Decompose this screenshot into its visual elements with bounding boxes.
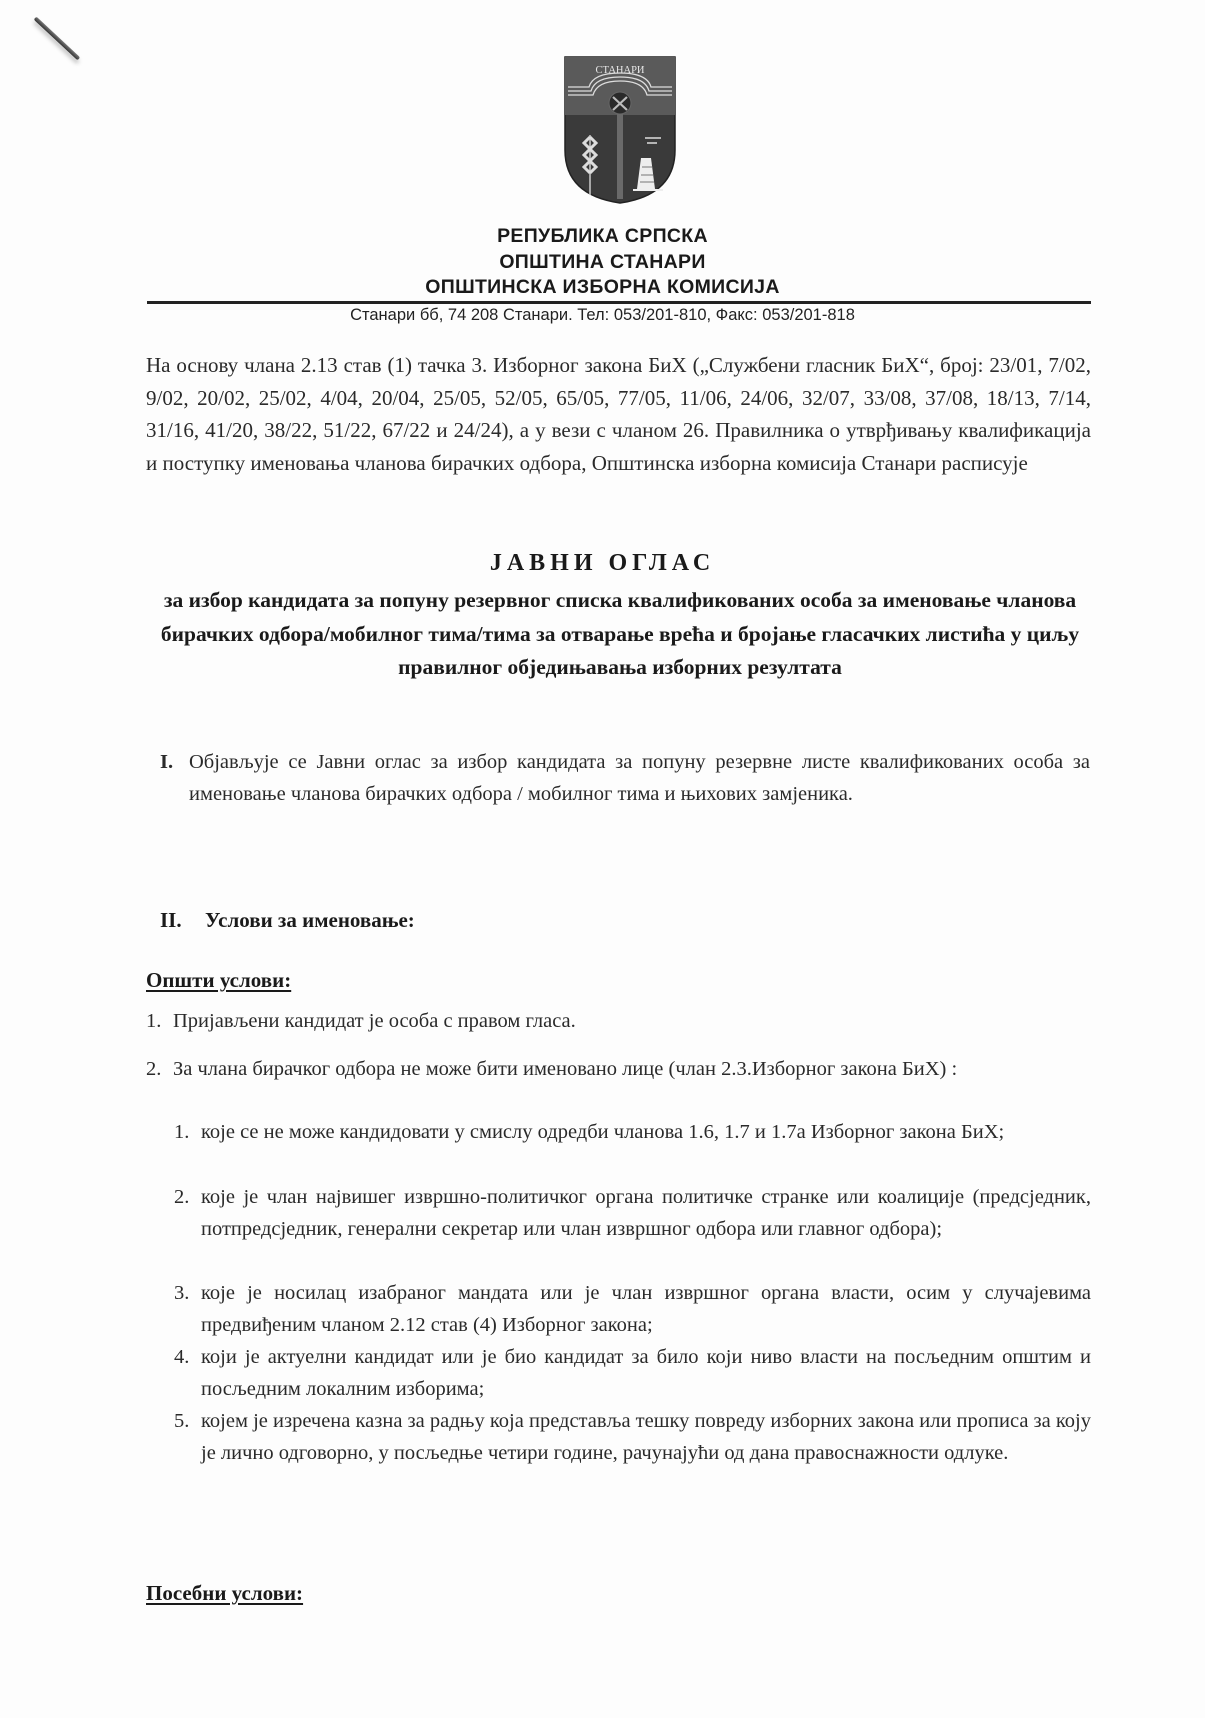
- sub-list-item: 5. којем је изречена казна за радњу која…: [174, 1405, 1091, 1469]
- list-item: 1. Пријављени кандидат је особа с правом…: [146, 1005, 1091, 1037]
- header-municipality: ОПШТИНА СТАНАРИ: [0, 251, 1205, 274]
- sub-list-item: 4. који је актуелни кандидат или је био …: [174, 1341, 1091, 1405]
- sub-list-item: 2. које је члан највишег извршно-политич…: [174, 1181, 1091, 1245]
- sub-list-item-number: 2.: [174, 1181, 189, 1213]
- municipality-crest-logo: СТАНАРИ: [563, 55, 677, 205]
- list-item-number: 1.: [146, 1005, 161, 1037]
- sub-list-item: 1. које се не може кандидовати у смислу …: [174, 1116, 1091, 1148]
- document-subtitle: за избор кандидата за попуну резервног с…: [150, 584, 1090, 685]
- header-republic: РЕПУБЛИКА СРПСКА: [0, 225, 1205, 248]
- section-2-heading: II.Услови за именовање:: [160, 908, 415, 933]
- general-conditions-heading: Општи услови:: [146, 968, 291, 993]
- sub-list-item-number: 4.: [174, 1341, 189, 1373]
- sub-list-item-text: које је члан највишег извршно-политичког…: [201, 1181, 1091, 1245]
- section-1-text: Објављује се Јавни оглас за избор кандид…: [189, 746, 1090, 810]
- section-1-number: I.: [160, 746, 173, 778]
- section-1: I. Објављује се Јавни оглас за избор кан…: [160, 746, 1090, 810]
- header-commission: ОПШТИНСКА ИЗБОРНА КОМИСИЈА: [0, 276, 1205, 299]
- list-item-text: За члана бирачког одбора не може бити им…: [173, 1053, 1091, 1085]
- sub-list-item-number: 5.: [174, 1405, 189, 1437]
- staple-mark: [34, 17, 81, 61]
- list-item-number: 2.: [146, 1053, 161, 1085]
- list-item-text: Пријављени кандидат је особа с правом гл…: [173, 1005, 1091, 1037]
- sub-list-item-text: који је актуелни кандидат или је био кан…: [201, 1341, 1091, 1405]
- sub-list-item-number: 3.: [174, 1277, 189, 1309]
- section-2-number: II.: [160, 908, 205, 933]
- header-divider: [147, 301, 1091, 304]
- list-item: 2. За члана бирачког одбора не може бити…: [146, 1053, 1091, 1085]
- document-title: ЈАВНИ ОГЛАС: [0, 550, 1205, 577]
- sub-list-item-text: које се не може кандидовати у смислу одр…: [201, 1116, 1091, 1148]
- sub-list-item-text: којем је изречена казна за радњу која пр…: [201, 1405, 1091, 1469]
- sub-list-item-text: које је носилац изабраног мандата или је…: [201, 1277, 1091, 1341]
- header-contact: Станари бб, 74 208 Станари. Тел: 053/201…: [0, 306, 1205, 325]
- section-2-title: Услови за именовање:: [205, 908, 415, 932]
- sub-list-item: 3. које је носилац изабраног мандата или…: [174, 1277, 1091, 1341]
- sub-list-item-number: 1.: [174, 1116, 189, 1148]
- special-conditions-heading: Посебни услови:: [146, 1581, 303, 1606]
- intro-paragraph: На основу члана 2.13 став (1) тачка 3. И…: [146, 349, 1091, 479]
